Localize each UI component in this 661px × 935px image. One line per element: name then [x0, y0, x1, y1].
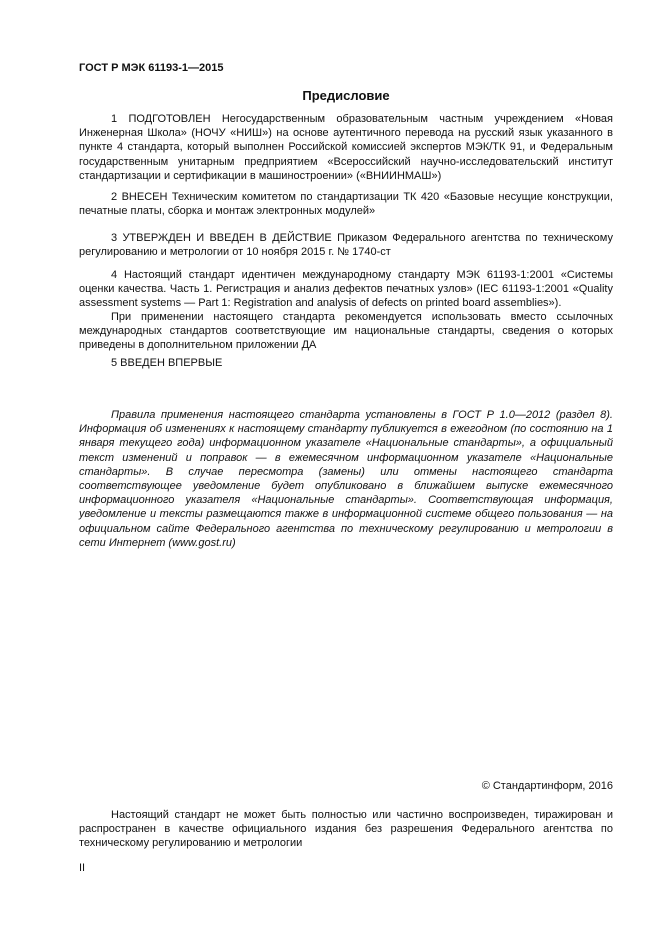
preface-item-4-note: При применении настоящего стандарта реко… [79, 310, 613, 353]
preface-item-2: 2 ВНЕСЕН Техническим комитетом по станда… [79, 190, 613, 218]
preface-item-5: 5 ВВЕДЕН ВПЕРВЫЕ [79, 356, 613, 370]
copyright: © Стандартинформ, 2016 [482, 780, 613, 792]
preface-item-1: 1 ПОДГОТОВЛЕН Негосударственным образова… [79, 112, 613, 183]
reproduction-notice: Настоящий стандарт не может быть полност… [79, 808, 613, 851]
document-code: ГОСТ Р МЭК 61193-1—2015 [79, 62, 223, 74]
page-number: II [79, 862, 85, 874]
preface-item-4: 4 Настоящий стандарт идентичен междунаро… [79, 268, 613, 311]
rules-notice: Правила применения настоящего стандарта … [79, 408, 613, 550]
preface-item-3: 3 УТВЕРЖДЕН И ВВЕДЕН В ДЕЙСТВИЕ Приказом… [79, 231, 613, 259]
page-title: Предисловие [79, 88, 613, 103]
